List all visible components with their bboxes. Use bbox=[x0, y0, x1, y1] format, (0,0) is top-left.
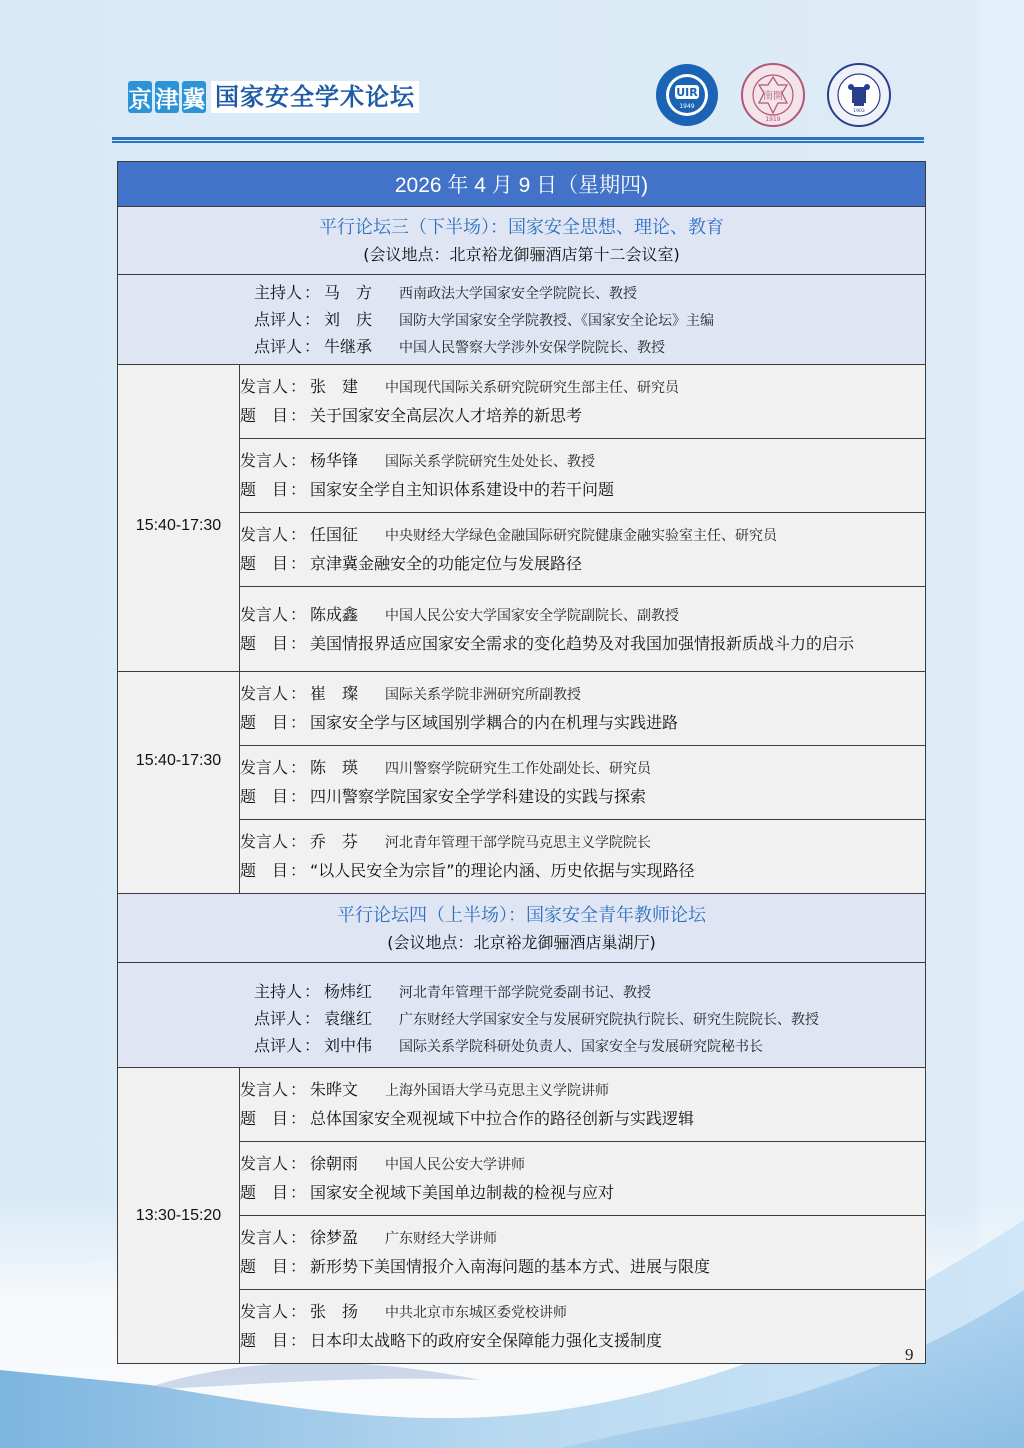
chair-affiliation: 广东财经大学国家安全与发展研究院执行院长、研究生院院长、教授 bbox=[399, 1007, 819, 1034]
speaker-label: 发言人 bbox=[240, 373, 290, 401]
chairs-list: 主持人： 杨炜红 河北青年管理干部学院党委副书记、教授 点评人： 袁继红 广东财… bbox=[118, 968, 925, 1063]
speaker-name: 陈 瑛 bbox=[310, 754, 385, 782]
forum-title: 平行论坛三（下半场）：国家安全思想、理论、教育 bbox=[118, 209, 925, 243]
colon: ： bbox=[290, 1327, 310, 1355]
logo-title-text: 国家安全学术论坛 bbox=[211, 81, 419, 113]
talk-row: 发言人：徐朝雨中国人民公安大学讲师 题 目：国家安全视域下美国单边制裁的检视与应… bbox=[118, 1142, 926, 1216]
speaker-name: 徐朝雨 bbox=[310, 1150, 385, 1178]
time-slot-label: 13:30-15:20 bbox=[118, 1207, 239, 1225]
topic-label: 题 目 bbox=[240, 402, 290, 430]
chair-affiliation: 国防大学国家安全学院教授、《国家安全论坛》主编 bbox=[399, 308, 714, 335]
talk-topic: 国家安全学与区域国别学耦合的内在机理与实践进路 bbox=[310, 709, 678, 737]
speaker-affiliation: 四川警察学院研究生工作处副处长、研究员 bbox=[385, 755, 651, 783]
colon: ： bbox=[304, 1032, 324, 1059]
speaker-affiliation: 国际关系学院非洲研究所副教授 bbox=[385, 681, 581, 709]
speaker-affiliation: 中央财经大学绿色金融国际研究院健康金融实验室主任、研究员 bbox=[385, 522, 777, 550]
talk-row: 发言人：徐梦盈广东财经大学讲师 题 目：新形势下美国情报介入南海问题的基本方式、… bbox=[118, 1216, 926, 1290]
forum-header-row: 平行论坛三（下半场）：国家安全思想、理论、教育 (会议地点：北京裕龙御骊酒店第十… bbox=[118, 207, 926, 275]
colon: ： bbox=[290, 476, 310, 504]
speaker-name: 徐梦盈 bbox=[310, 1224, 385, 1252]
svg-text:1903: 1903 bbox=[853, 108, 865, 114]
topic-label: 题 目 bbox=[240, 1179, 290, 1207]
colon: ： bbox=[290, 709, 310, 737]
talk-row: 15:40-17:30 发言人：崔 璨国际关系学院非洲研究所副教授 题 目：国家… bbox=[118, 672, 926, 746]
talk-item: 发言人：张 扬中共北京市东城区委党校讲师 题 目：日本印太战略下的政府安全保障能… bbox=[240, 1290, 925, 1363]
colon: ： bbox=[304, 279, 324, 306]
speaker-name: 任国征 bbox=[310, 521, 385, 549]
forum-logo: 京 津 冀 国家安全学术论坛 bbox=[128, 80, 419, 114]
speaker-affiliation: 上海外国语大学马克思主义学院讲师 bbox=[385, 1077, 609, 1105]
speaker-label: 发言人 bbox=[240, 1224, 290, 1252]
colon: ： bbox=[290, 754, 310, 782]
forum-title: 平行论坛四（上半场）：国家安全青年教师论坛 bbox=[118, 897, 925, 931]
university-seals: UIR 1949 南開 1919 1903 bbox=[655, 63, 891, 127]
header-divider bbox=[112, 137, 924, 143]
colon: ： bbox=[290, 828, 310, 856]
chair-item: 点评人： 刘 庆 国防大学国家安全学院教授、《国家安全论坛》主编 bbox=[254, 306, 925, 333]
colon: ： bbox=[290, 402, 310, 430]
speaker-label: 发言人 bbox=[240, 601, 290, 629]
talk-topic: 新形势下美国情报介入南海问题的基本方式、进展与限度 bbox=[310, 1253, 710, 1281]
chair-affiliation: 国际关系学院科研处负责人、国家安全与发展研究院秘书长 bbox=[399, 1034, 763, 1061]
talk-item: 发言人：陈 瑛四川警察学院研究生工作处副处长、研究员 题 目：四川警察学院国家安… bbox=[240, 746, 925, 819]
talk-row: 发言人：杨华锋国际关系学院研究生处处长、教授 题 目：国家安全学自主知识体系建设… bbox=[118, 439, 926, 513]
svg-text:1919: 1919 bbox=[765, 116, 780, 123]
page-number: 9 bbox=[905, 1345, 914, 1365]
forum-venue: (会议地点：北京裕龙御骊酒店巢湖厅) bbox=[118, 931, 925, 960]
colon: ： bbox=[290, 1224, 310, 1252]
talk-row: 13:30-15:20 发言人：朱晔文上海外国语大学马克思主义学院讲师 题 目：… bbox=[118, 1068, 926, 1142]
talk-topic: 关于国家安全高层次人才培养的新思考 bbox=[310, 402, 582, 430]
time-slot-label: 15:40-17:30 bbox=[118, 672, 239, 770]
colon: ： bbox=[290, 680, 310, 708]
chair-item: 点评人： 袁继红 广东财经大学国家安全与发展研究院执行院长、研究生院院长、教授 bbox=[254, 1005, 925, 1032]
chair-role: 点评人 bbox=[254, 306, 304, 333]
topic-label: 题 目 bbox=[240, 1105, 290, 1133]
speaker-affiliation: 中国人民公安大学国家安全学院副院长、副教授 bbox=[385, 602, 679, 630]
chair-name: 牛继承 bbox=[324, 333, 399, 360]
speaker-name: 张 扬 bbox=[310, 1298, 385, 1326]
chair-name: 袁继红 bbox=[324, 1005, 399, 1032]
chair-affiliation: 中国人民警察大学涉外安保学院院长、教授 bbox=[399, 335, 665, 362]
talk-topic: 京津冀金融安全的功能定位与发展路径 bbox=[310, 550, 582, 578]
colon: ： bbox=[290, 1150, 310, 1178]
chair-role: 点评人 bbox=[254, 1005, 304, 1032]
colon: ： bbox=[290, 1298, 310, 1326]
colon: ： bbox=[304, 978, 324, 1005]
colon: ： bbox=[304, 306, 324, 333]
speaker-name: 杨华锋 bbox=[310, 447, 385, 475]
topic-label: 题 目 bbox=[240, 476, 290, 504]
talk-topic: 日本印太战略下的政府安全保障能力强化支援制度 bbox=[310, 1327, 662, 1355]
logo-char-ji: 冀 bbox=[182, 81, 206, 113]
speaker-name: 陈成鑫 bbox=[310, 601, 385, 629]
talk-item: 发言人：任国征中央财经大学绿色金融国际研究院健康金融实验室主任、研究员 题 目：… bbox=[240, 513, 925, 586]
speaker-affiliation: 国际关系学院研究生处处长、教授 bbox=[385, 448, 595, 476]
logo-char-jin: 津 bbox=[155, 81, 179, 113]
speaker-affiliation: 中国现代国际关系研究院研究生部主任、研究员 bbox=[385, 374, 679, 402]
speaker-label: 发言人 bbox=[240, 680, 290, 708]
colon: ： bbox=[290, 783, 310, 811]
chair-role: 点评人 bbox=[254, 333, 304, 360]
talk-row: 发言人：陈 瑛四川警察学院研究生工作处副处长、研究员 题 目：四川警察学院国家安… bbox=[118, 746, 926, 820]
talk-item: 发言人：徐朝雨中国人民公安大学讲师 题 目：国家安全视域下美国单边制裁的检视与应… bbox=[240, 1142, 925, 1215]
chair-affiliation: 西南政法大学国家安全学院院长、教授 bbox=[399, 281, 637, 308]
chair-item: 点评人： 牛继承 中国人民警察大学涉外安保学院院长、教授 bbox=[254, 333, 925, 360]
svg-text:UIR: UIR bbox=[676, 86, 698, 99]
speaker-label: 发言人 bbox=[240, 828, 290, 856]
talk-item: 发言人：杨华锋国际关系学院研究生处处长、教授 题 目：国家安全学自主知识体系建设… bbox=[240, 439, 925, 512]
topic-label: 题 目 bbox=[240, 1253, 290, 1281]
speaker-affiliation: 中国人民公安大学讲师 bbox=[385, 1151, 525, 1179]
talk-item: 发言人：陈成鑫中国人民公安大学国家安全学院副院长、副教授 题 目：美国情报界适应… bbox=[240, 593, 925, 666]
chair-name: 刘 庆 bbox=[324, 306, 399, 333]
speaker-affiliation: 河北青年管理干部学院马克思主义学院院长 bbox=[385, 829, 651, 857]
talk-row: 发言人：任国征中央财经大学绿色金融国际研究院健康金融实验室主任、研究员 题 目：… bbox=[118, 513, 926, 587]
talk-item: 发言人：徐梦盈广东财经大学讲师 题 目：新形势下美国情报介入南海问题的基本方式、… bbox=[240, 1216, 925, 1289]
colon: ： bbox=[290, 550, 310, 578]
talk-item: 发言人：张 建中国现代国际关系研究院研究生部主任、研究员 题 目：关于国家安全高… bbox=[240, 365, 925, 438]
talk-item: 发言人：乔 芬河北青年管理干部学院马克思主义学院院长 题 目：“以人民安全为宗旨… bbox=[240, 820, 925, 893]
talk-topic: 总体国家安全观视域下中拉合作的路径创新与实践逻辑 bbox=[310, 1105, 694, 1133]
colon: ： bbox=[290, 373, 310, 401]
speaker-label: 发言人 bbox=[240, 1076, 290, 1104]
speaker-affiliation: 广东财经大学讲师 bbox=[385, 1225, 497, 1253]
speaker-label: 发言人 bbox=[240, 447, 290, 475]
colon: ： bbox=[290, 630, 310, 658]
chairs-list: 主持人： 马 方 西南政法大学国家安全学院院长、教授 点评人： 刘 庆 国防大学… bbox=[118, 275, 925, 364]
topic-label: 题 目 bbox=[240, 783, 290, 811]
colon: ： bbox=[290, 1179, 310, 1207]
chair-name: 杨炜红 bbox=[324, 978, 399, 1005]
date-label: 2026 年 4 月 9 日（星期四) bbox=[118, 162, 926, 207]
speaker-label: 发言人 bbox=[240, 1298, 290, 1326]
time-slot: 15:40-17:30 bbox=[118, 365, 240, 672]
speaker-label: 发言人 bbox=[240, 1150, 290, 1178]
svg-text:南開: 南開 bbox=[763, 89, 783, 102]
speaker-name: 崔 璨 bbox=[310, 680, 385, 708]
page-header: 京 津 冀 国家安全学术论坛 UIR 1949 南開 1919 1903 bbox=[0, 0, 1024, 150]
topic-label: 题 目 bbox=[240, 857, 290, 885]
time-slot-label: 15:40-17:30 bbox=[118, 365, 239, 535]
chairs-row: 主持人： 马 方 西南政法大学国家安全学院院长、教授 点评人： 刘 庆 国防大学… bbox=[118, 275, 926, 365]
talk-topic: 国家安全学自主知识体系建设中的若干问题 bbox=[310, 476, 614, 504]
svg-text:1949: 1949 bbox=[679, 103, 694, 110]
nankai-seal-icon: 南開 1919 bbox=[741, 63, 805, 127]
chair-role: 主持人 bbox=[254, 978, 304, 1005]
chair-name: 刘中伟 bbox=[324, 1032, 399, 1059]
forum-venue: (会议地点：北京裕龙御骊酒店第十二会议室) bbox=[118, 243, 925, 272]
talk-topic: “以人民安全为宗旨”的理论内涵、历史依据与实现路径 bbox=[310, 857, 695, 885]
colon: ： bbox=[290, 1105, 310, 1133]
time-slot: 13:30-15:20 bbox=[118, 1068, 240, 1364]
hebut-seal-icon: 1903 bbox=[827, 63, 891, 127]
logo-char-jing: 京 bbox=[128, 81, 152, 113]
talk-item: 发言人：崔 璨国际关系学院非洲研究所副教授 题 目：国家安全学与区域国别学耦合的… bbox=[240, 672, 925, 745]
colon: ： bbox=[290, 1253, 310, 1281]
uir-seal-icon: UIR 1949 bbox=[655, 63, 719, 127]
speaker-name: 张 建 bbox=[310, 373, 385, 401]
speaker-name: 朱晔文 bbox=[310, 1076, 385, 1104]
colon: ： bbox=[290, 521, 310, 549]
chair-item: 主持人： 杨炜红 河北青年管理干部学院党委副书记、教授 bbox=[254, 978, 925, 1005]
schedule-table: 2026 年 4 月 9 日（星期四) 平行论坛三（下半场）：国家安全思想、理论… bbox=[117, 161, 926, 1364]
talk-topic: 国家安全视域下美国单边制裁的检视与应对 bbox=[310, 1179, 614, 1207]
speaker-label: 发言人 bbox=[240, 521, 290, 549]
time-slot: 15:40-17:30 bbox=[118, 672, 240, 894]
forum-header-row: 平行论坛四（上半场）：国家安全青年教师论坛 (会议地点：北京裕龙御骊酒店巢湖厅) bbox=[118, 894, 926, 963]
chair-role: 点评人 bbox=[254, 1032, 304, 1059]
talk-item: 发言人：朱晔文上海外国语大学马克思主义学院讲师 题 目：总体国家安全观视域下中拉… bbox=[240, 1068, 925, 1141]
topic-label: 题 目 bbox=[240, 550, 290, 578]
colon: ： bbox=[290, 1076, 310, 1104]
topic-label: 题 目 bbox=[240, 630, 290, 658]
colon: ： bbox=[290, 857, 310, 885]
chair-role: 主持人 bbox=[254, 279, 304, 306]
speaker-affiliation: 中共北京市东城区委党校讲师 bbox=[385, 1299, 567, 1327]
speaker-name: 乔 芬 bbox=[310, 828, 385, 856]
talk-topic: 美国情报界适应国家安全需求的变化趋势及对我国加强情报新质战斗力的启示 bbox=[310, 630, 866, 658]
chairs-row: 主持人： 杨炜红 河北青年管理干部学院党委副书记、教授 点评人： 袁继红 广东财… bbox=[118, 963, 926, 1068]
chair-item: 点评人： 刘中伟 国际关系学院科研处负责人、国家安全与发展研究院秘书长 bbox=[254, 1032, 925, 1059]
talk-row: 15:40-17:30 发言人：张 建中国现代国际关系研究院研究生部主任、研究员… bbox=[118, 365, 926, 439]
colon: ： bbox=[304, 333, 324, 360]
colon: ： bbox=[290, 447, 310, 475]
colon: ： bbox=[304, 1005, 324, 1032]
colon: ： bbox=[290, 601, 310, 629]
chair-affiliation: 河北青年管理干部学院党委副书记、教授 bbox=[399, 980, 651, 1007]
date-header-row: 2026 年 4 月 9 日（星期四) bbox=[118, 162, 926, 207]
speaker-label: 发言人 bbox=[240, 754, 290, 782]
talk-row: 发言人：张 扬中共北京市东城区委党校讲师 题 目：日本印太战略下的政府安全保障能… bbox=[118, 1290, 926, 1364]
talk-topic: 四川警察学院国家安全学学科建设的实践与探索 bbox=[310, 783, 646, 811]
talk-row: 发言人：乔 芬河北青年管理干部学院马克思主义学院院长 题 目：“以人民安全为宗旨… bbox=[118, 820, 926, 894]
talk-row: 发言人：陈成鑫中国人民公安大学国家安全学院副院长、副教授 题 目：美国情报界适应… bbox=[118, 587, 926, 672]
chair-name: 马 方 bbox=[324, 279, 399, 306]
topic-label: 题 目 bbox=[240, 709, 290, 737]
topic-label: 题 目 bbox=[240, 1327, 290, 1355]
chair-item: 主持人： 马 方 西南政法大学国家安全学院院长、教授 bbox=[254, 279, 925, 306]
